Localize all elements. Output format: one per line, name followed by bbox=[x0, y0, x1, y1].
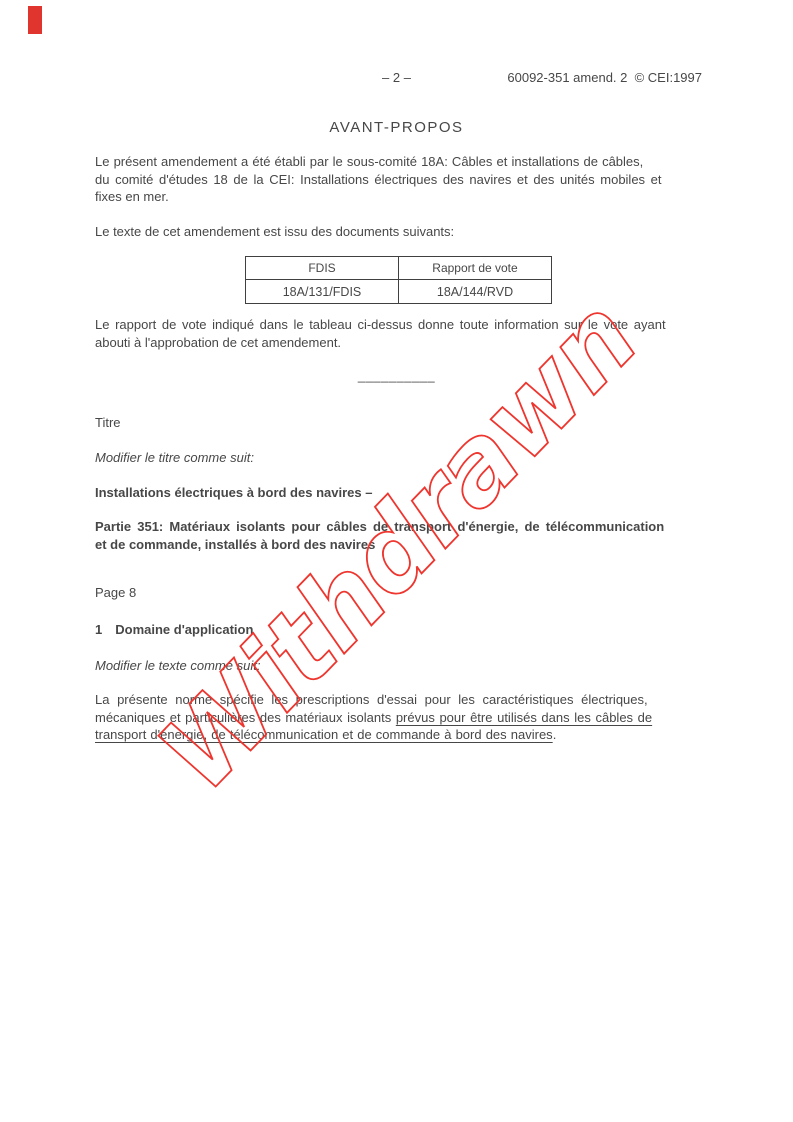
scope-paragraph: La présente norme spécifie les prescript… bbox=[95, 691, 705, 744]
foreword-paragraph-2: Le texte de cet amendement est issu des … bbox=[95, 223, 705, 241]
document-reference: 60092-351 amend. 2 © CEI:1997 bbox=[507, 70, 702, 85]
page-reference: Page 8 bbox=[95, 584, 705, 602]
table-header-rapport: Rapport de vote bbox=[399, 257, 552, 280]
section-separator: __________ bbox=[0, 368, 793, 383]
corner-registration-mark bbox=[28, 6, 42, 34]
titre-label: Titre bbox=[95, 414, 705, 432]
document-page: – 2 – 60092-351 amend. 2 © CEI:1997 AVAN… bbox=[0, 0, 793, 1122]
scope-underlined-text: prévus pour être utilisés dans les câble… bbox=[396, 710, 652, 725]
paragraph-line: transport d'énergie, de télécommunicatio… bbox=[95, 726, 705, 744]
table-cell-rapport-value: 18A/144/RVD bbox=[399, 280, 552, 304]
foreword-title: AVANT-PROPOS bbox=[0, 119, 793, 136]
table-header-row: FDIS Rapport de vote bbox=[246, 257, 552, 280]
foreword-paragraph-1: Le présent amendement a été établi par l… bbox=[95, 153, 705, 206]
paragraph-line: du comité d'études 18 de la CEI: Install… bbox=[95, 171, 705, 189]
paragraph-line: fixes en mer. bbox=[95, 188, 705, 206]
table-header-fdis: FDIS bbox=[246, 257, 399, 280]
vote-documents-table: FDIS Rapport de vote 18A/131/FDIS 18A/14… bbox=[245, 256, 552, 304]
paragraph-line: Le présent amendement a été établi par l… bbox=[95, 153, 705, 171]
paragraph-line: Le rapport de vote indiqué dans le table… bbox=[95, 316, 705, 334]
section-number: 1 bbox=[95, 622, 102, 637]
paragraph-line: La présente norme spécifie les prescript… bbox=[95, 691, 705, 709]
paragraph-line: abouti à l'approbation de cet amendement… bbox=[95, 334, 705, 352]
scope-period: . bbox=[553, 727, 557, 742]
title-line: et de commande, installés à bord des nav… bbox=[95, 536, 705, 554]
foreword-paragraph-3: Le rapport de vote indiqué dans le table… bbox=[95, 316, 705, 351]
section-1-heading: 1Domaine d'application bbox=[95, 622, 705, 637]
title-text: Installations électriques à bord des nav… bbox=[95, 484, 705, 502]
instruction-text: Modifier le titre comme suit: bbox=[95, 449, 705, 467]
modify-title-instruction: Modifier le titre comme suit: bbox=[95, 449, 705, 467]
paragraph-line: Le texte de cet amendement est issu des … bbox=[95, 223, 705, 241]
paragraph-line: mécaniques et particulières des matériau… bbox=[95, 709, 705, 727]
page-reference-text: Page 8 bbox=[95, 584, 705, 602]
modify-text-instruction: Modifier le texte comme suit: bbox=[95, 657, 705, 675]
section-title: Domaine d'application bbox=[115, 622, 253, 637]
table-row: 18A/131/FDIS 18A/144/RVD bbox=[246, 280, 552, 304]
part-title: Partie 351: Matériaux isolants pour câbl… bbox=[95, 518, 705, 553]
label-text: Titre bbox=[95, 414, 705, 432]
title-line: Partie 351: Matériaux isolants pour câbl… bbox=[95, 518, 705, 536]
instruction-text: Modifier le texte comme suit: bbox=[95, 657, 705, 675]
table-cell-fdis-value: 18A/131/FDIS bbox=[246, 280, 399, 304]
scope-plain-text: mécaniques et particulières des matériau… bbox=[95, 710, 396, 725]
new-title: Installations électriques à bord des nav… bbox=[95, 484, 705, 502]
scope-underlined-text: transport d'énergie, de télécommunicatio… bbox=[95, 727, 553, 742]
page-header: – 2 – 60092-351 amend. 2 © CEI:1997 bbox=[0, 70, 793, 87]
